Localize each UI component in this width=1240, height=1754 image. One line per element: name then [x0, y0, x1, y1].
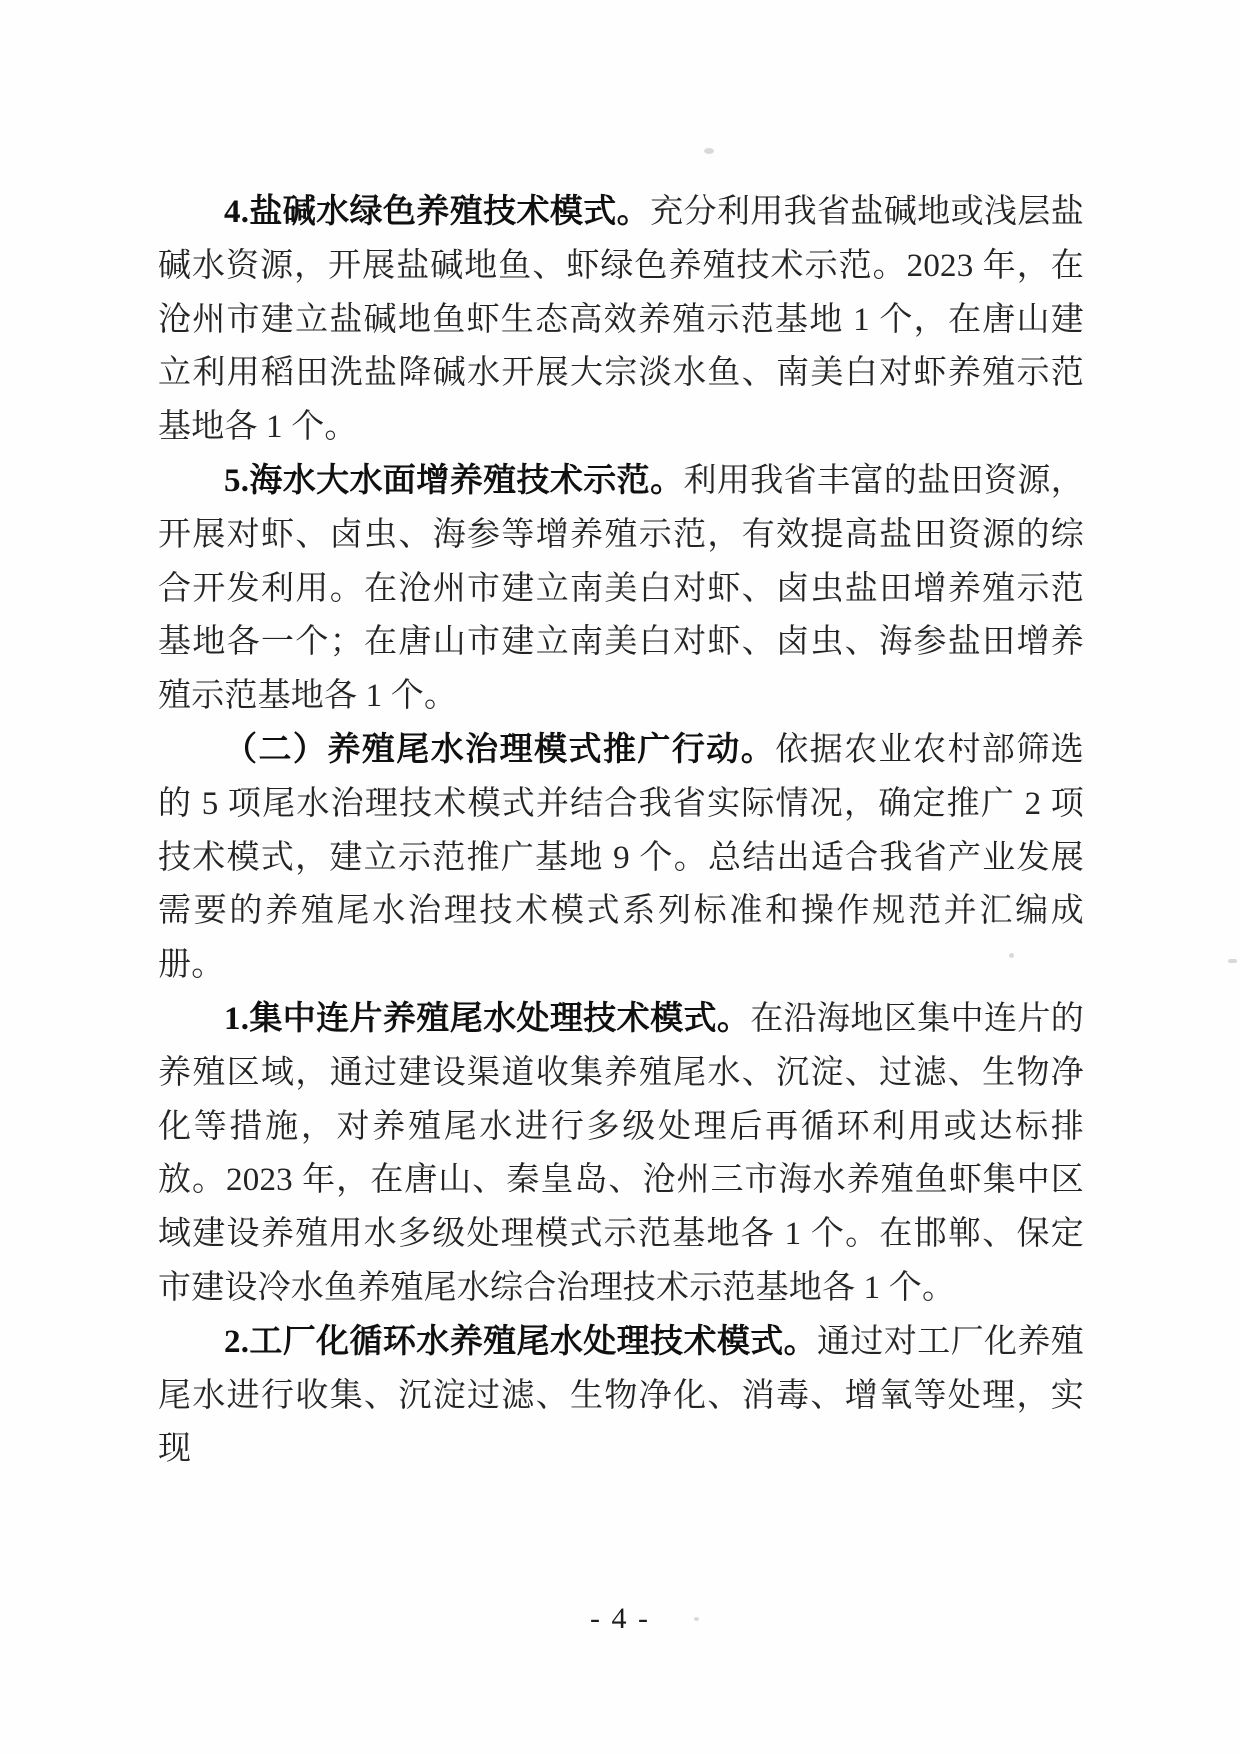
paragraph-heading: 4.盐碱水绿色养殖技术模式。	[224, 194, 650, 230]
paragraph-heading: 5.海水大水面增养殖技术示范。	[224, 463, 683, 499]
scan-noise-speck	[1009, 953, 1014, 958]
scan-noise-speck	[704, 148, 714, 154]
paragraph-seawater-large-surface: 5.海水大水面增养殖技术示范。利用我省丰富的盐田资源，开展对虾、卤虫、海参等增养…	[158, 455, 1084, 724]
paragraph-body: 充分利用我省盐碱地或浅层盐碱水资源，开展盐碱地鱼、虾绿色养殖技术示范。2023 …	[158, 194, 1084, 445]
paragraph-heading: （二）养殖尾水治理模式推广行动。	[224, 732, 775, 768]
page-number: - 4 -	[0, 1602, 1240, 1636]
paragraph-tailwater-treatment-action: （二）养殖尾水治理模式推广行动。依据农业农村部筛选的 5 项尾水治理技术模式并结…	[158, 724, 1084, 993]
paragraph-body: 利用我省丰富的盐田资源，开展对虾、卤虫、海参等增养殖示范，有效提高盐田资源的综合…	[158, 463, 1084, 714]
paragraph-saline-alkali-aquaculture: 4.盐碱水绿色养殖技术模式。充分利用我省盐碱地或浅层盐碱水资源，开展盐碱地鱼、虾…	[158, 186, 1084, 455]
paragraph-heading: 2.工厂化循环水养殖尾水处理技术模式。	[224, 1324, 817, 1360]
paragraph-heading: 1.集中连片养殖尾水处理技术模式。	[224, 1001, 750, 1037]
paragraph-contiguous-tailwater-mode: 1.集中连片养殖尾水处理技术模式。在沿海地区集中连片的养殖区域，通过建设渠道收集…	[158, 993, 1084, 1316]
scan-noise-speck	[694, 1617, 699, 1621]
paragraph-factory-recirculating-mode: 2.工厂化循环水养殖尾水处理技术模式。通过对工厂化养殖尾水进行收集、沉淀过滤、生…	[158, 1316, 1084, 1477]
document-page: 4.盐碱水绿色养殖技术模式。充分利用我省盐碱地或浅层盐碱水资源，开展盐碱地鱼、虾…	[0, 0, 1240, 1754]
scan-noise-speck	[1228, 959, 1237, 963]
paragraph-body: 依据农业农村部筛选的 5 项尾水治理技术模式并结合我省实际情况，确定推广 2 项…	[158, 732, 1084, 983]
paragraph-body: 在沿海地区集中连片的养殖区域，通过建设渠道收集养殖尾水、沉淀、过滤、生物净化等措…	[158, 1001, 1084, 1306]
document-text-block: 4.盐碱水绿色养殖技术模式。充分利用我省盐碱地或浅层盐碱水资源，开展盐碱地鱼、虾…	[158, 186, 1084, 1477]
